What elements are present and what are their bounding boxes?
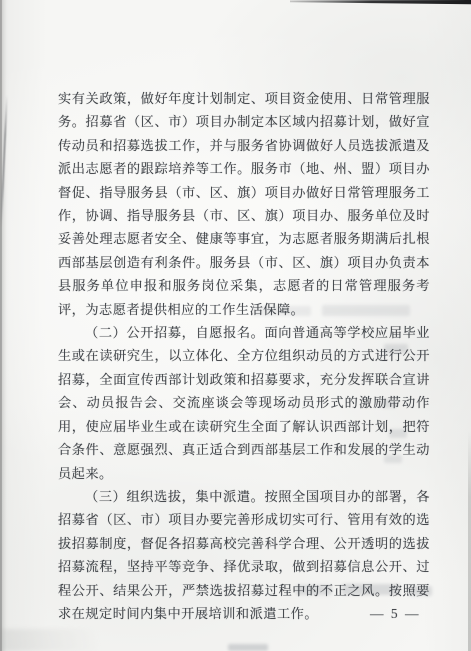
paragraph-section-2: （二）公开招募，自愿报名。面向普通高等学校应届毕业生或在读研究生，以立体化、全方… bbox=[58, 321, 430, 485]
scan-left-edge-line bbox=[0, 0, 2, 651]
paragraph-continuation: 实有关政策，做好年度计划制定、项目资金使用、日常管理服务。招募省（区、市）项目办… bbox=[58, 87, 430, 321]
scan-bottom-smudge bbox=[228, 644, 268, 651]
scanned-document-page: 实有关政策，做好年度计划制定、项目资金使用、日常管理服务。招募省（区、市）项目办… bbox=[0, 0, 471, 651]
scan-bottom-left-shading bbox=[0, 629, 150, 651]
scan-top-right-edge bbox=[290, 0, 471, 5]
page-number: — 5 — bbox=[370, 606, 421, 622]
paragraph-section-3: （三）组织选拔，集中派遣。按照全国项目办的部署，各招募省（区、市）项目办要完善形… bbox=[58, 485, 430, 625]
document-body: 实有关政策，做好年度计划制定、项目资金使用、日常管理服务。招募省（区、市）项目办… bbox=[58, 87, 430, 625]
